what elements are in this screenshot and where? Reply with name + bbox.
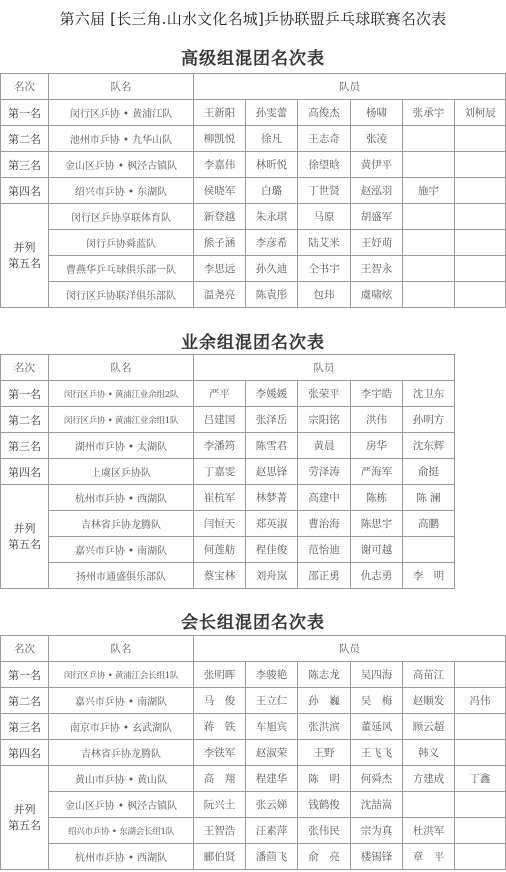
player-cell: 李骏艳	[246, 662, 298, 688]
player-cell: 高苗江	[403, 662, 455, 688]
player-cell	[455, 740, 506, 766]
player-cell: 曹治海	[298, 511, 351, 537]
player-cell: 张伟民	[298, 818, 351, 844]
player-cell: 张洪滨	[298, 714, 351, 740]
player-cell	[403, 537, 455, 563]
player-cell: 赵顺发	[403, 688, 455, 714]
player-cell: 虞啸炫	[351, 282, 403, 308]
team-cell: 闵行区乒协 • 黄浦江队	[49, 100, 194, 126]
player-cell	[403, 204, 455, 230]
rank-cell: 第一名	[1, 381, 49, 407]
player-cell: 丁世贤	[298, 178, 351, 204]
table-header-row: 名次 队名 队员	[1, 74, 506, 100]
table-row: 第三名 金山区乒协 • 枫泾古镇队 李嘉伟 林昕悦 徐望晗 黄伊平	[1, 152, 506, 178]
player-cell: 黄伊平	[351, 152, 403, 178]
player-cell: 王志奇	[298, 126, 351, 152]
player-cell: 陆艾米	[298, 230, 351, 256]
senior-ranking-table: 名次 队名 队员 第一名 闵行区乒协 • 黄浦江队 王新阳 孙雯蕾 高俊杰 杨啸…	[0, 73, 506, 308]
player-cell: 陈雪君	[246, 433, 298, 459]
player-cell: 程佳俊	[246, 537, 298, 563]
player-cell	[455, 662, 506, 688]
team-cell: 闵行区乒协 • 黄浦江业余组1队	[49, 407, 194, 433]
player-cell: 王新阳	[194, 100, 246, 126]
player-cell: 温尧亮	[194, 282, 246, 308]
player-cell: 房华	[351, 433, 403, 459]
tie-label-line2: 第五名	[1, 818, 48, 834]
player-cell: 杜洪军	[403, 818, 455, 844]
tied-fifth-rank-cell: 并列 第五名	[1, 204, 49, 308]
player-cell: 白璐	[246, 178, 298, 204]
player-cell: 徐望晗	[298, 152, 351, 178]
player-cell: 王智永	[351, 256, 403, 282]
team-cell: 闵行乒协舜蓝队	[49, 230, 194, 256]
player-cell	[403, 256, 455, 282]
player-cell	[403, 152, 455, 178]
rank-header: 名次	[1, 636, 49, 662]
team-cell: 杭州市乒协 • 西湖队	[49, 844, 194, 870]
player-cell: 冯伟	[455, 688, 506, 714]
table-row: 第四名 绍兴市乒协 • 东湖队 侯晓军 白璐 丁世贤 赵泓羽 施宇	[1, 178, 506, 204]
tie-label-line1: 并列	[1, 802, 48, 818]
player-cell: 章 平	[403, 844, 455, 870]
player-cell: 黄晨	[298, 433, 351, 459]
player-cell: 沈喆嵩	[351, 792, 403, 818]
table-row: 曹燕华乒乓球俱乐部一队 李思远 孙久迪 仝书宇 王智永	[1, 256, 506, 282]
table-row: 并列 第五名 黄山市乒协 • 黄山队 高 翔 程建华 陈 明 何舜杰 方建成 丁…	[1, 766, 506, 792]
table-row: 并列 第五名 闵行区乒协享联体育队 新登越 朱永琪 马原 胡盛军	[1, 204, 506, 230]
team-cell: 曹燕华乒乓球俱乐部一队	[49, 256, 194, 282]
table-row: 第二名 嘉兴市乒协 • 南湖队 马 俊 王立仁 孙 巍 吴 梅 赵顺发 冯伟	[1, 688, 506, 714]
player-cell: 胡盛军	[351, 204, 403, 230]
tied-fifth-rank-cell: 并列 第五名	[1, 766, 49, 870]
player-cell: 车旭宾	[246, 714, 298, 740]
player-cell: 马原	[298, 204, 351, 230]
player-cell: 孙久迪	[246, 256, 298, 282]
table-row: 闵行区乒协联洋俱乐部队 温尧亮 陈袁彤 包玮 虞啸炫	[1, 282, 506, 308]
amateur-section-title: 业余组混团名次表	[0, 328, 506, 353]
team-cell: 嘉兴市乒协 • 南湖队	[49, 688, 194, 714]
team-cell: 闵行区乒协 • 黄浦江会长组1队	[49, 662, 194, 688]
team-cell: 黄山市乒协 • 黄山队	[49, 766, 194, 792]
player-cell: 赵思锋	[246, 459, 298, 485]
player-cell: 王立仁	[246, 688, 298, 714]
player-cell: 高 翔	[194, 766, 246, 792]
player-cell: 汪素萍	[246, 818, 298, 844]
player-cell: 沈卫东	[403, 381, 455, 407]
player-cell: 高俊杰	[298, 100, 351, 126]
president-section-title: 会长组混团名次表	[0, 608, 506, 633]
tie-label-line2: 第五名	[1, 537, 48, 553]
player-cell: 谢可越	[351, 537, 403, 563]
player-cell: 闫恒天	[194, 511, 246, 537]
team-cell: 南京市乒协 • 玄武湖队	[49, 714, 194, 740]
player-cell: 仝书宇	[298, 256, 351, 282]
player-cell: 陈 澜	[403, 485, 455, 511]
player-cell	[455, 844, 506, 870]
player-cell: 蒋 铁	[194, 714, 246, 740]
table-row: 并列 第五名 杭州市乒协 • 西湖队 崔杭军 林梦菁 高建中 陈栋 陈 澜	[1, 485, 455, 511]
rank-cell: 第二名	[1, 407, 49, 433]
player-cell: 张云娣	[246, 792, 298, 818]
player-cell: 潘茴飞	[246, 844, 298, 870]
player-cell: 仇志勇	[351, 563, 403, 589]
player-cell: 沈东辉	[403, 433, 455, 459]
tie-label-line1: 并列	[1, 521, 48, 537]
player-cell: 陈志龙	[298, 662, 351, 688]
player-cell: 马 俊	[194, 688, 246, 714]
player-cell: 范怡迪	[298, 537, 351, 563]
team-cell: 杭州市乒协 • 西湖队	[49, 485, 194, 511]
player-cell	[403, 792, 455, 818]
players-header: 队员	[194, 74, 506, 100]
player-cell: 孙明方	[403, 407, 455, 433]
player-cell: 李嘉伟	[194, 152, 246, 178]
player-cell: 俞挺	[403, 459, 455, 485]
table-row: 第三名 湖州市乒协 • 太湖队 李潘筠 陈雪君 黄晨 房华 沈东辉	[1, 433, 455, 459]
rank-cell: 第四名	[1, 459, 49, 485]
player-cell: 李潘筠	[194, 433, 246, 459]
player-cell: 赵泓羽	[351, 178, 403, 204]
table-row: 吉林省乒协龙腾队 闫恒天 郑英淑 曹治海 陈思宇 高鹏	[1, 511, 455, 537]
player-cell: 王野	[298, 740, 351, 766]
player-cell: 丁嘉雯	[194, 459, 246, 485]
player-cell: 陈袁彤	[246, 282, 298, 308]
table-row: 第二名 池州市乒协 • 九华山队 柳凯悦 徐凡 王志奇 张凌	[1, 126, 506, 152]
player-cell: 崔杭军	[194, 485, 246, 511]
player-cell: 陈思宇	[351, 511, 403, 537]
player-cell: 徐凡	[246, 126, 298, 152]
player-cell: 严海军	[351, 459, 403, 485]
rank-header: 名次	[1, 355, 49, 381]
player-cell: 何舜杰	[351, 766, 403, 792]
table-row: 第四名 上虞区乒协队 丁嘉雯 赵思锋 劳泽涛 严海军 俞挺	[1, 459, 455, 485]
amateur-ranking-table: 名次 队名 队员 第一名 闵行区乒协 • 黄浦江业余组2队 严平 李媛媛 张荣平…	[0, 354, 455, 589]
player-cell: 孙雯蕾	[246, 100, 298, 126]
player-cell: 柳凯悦	[194, 126, 246, 152]
player-cell: 李彦希	[246, 230, 298, 256]
player-cell: 李 明	[403, 563, 455, 589]
player-cell: 李媛媛	[246, 381, 298, 407]
team-cell: 扬州市通盛俱乐部队	[49, 563, 194, 589]
rank-header: 名次	[1, 74, 49, 100]
rank-cell: 第二名	[1, 126, 49, 152]
players-header: 队员	[194, 636, 506, 662]
team-cell: 池州市乒协 • 九华山队	[49, 126, 194, 152]
senior-section-title: 高级组混团名次表	[0, 44, 506, 69]
team-cell: 嘉兴市乒协 • 南湖队	[49, 537, 194, 563]
player-cell	[455, 230, 506, 256]
player-cell: 杨啸	[351, 100, 403, 126]
player-cell: 吴 梅	[351, 688, 403, 714]
player-cell	[455, 178, 506, 204]
player-cell: 俞 亮	[298, 844, 351, 870]
player-cell: 陈栋	[351, 485, 403, 511]
team-header: 队名	[49, 74, 194, 100]
player-cell: 王飞飞	[351, 740, 403, 766]
player-cell: 侯晓军	[194, 178, 246, 204]
player-cell: 严平	[194, 381, 246, 407]
table-row: 绍兴市乒协 • 东湖会长组1队 王智浩 汪素萍 张伟民 宗为真 杜洪军	[1, 818, 506, 844]
player-cell: 丁鑫	[455, 766, 506, 792]
team-cell: 闵行区乒协联洋俱乐部队	[49, 282, 194, 308]
team-cell: 吉林省乒协龙腾队	[49, 511, 194, 537]
rank-cell: 第四名	[1, 178, 49, 204]
player-cell: 宗阳铭	[298, 407, 351, 433]
team-cell: 金山区乒协 • 枫泾古镇队	[49, 152, 194, 178]
player-cell: 王智浩	[194, 818, 246, 844]
player-cell: 熊子涵	[194, 230, 246, 256]
player-cell: 蔡宝林	[194, 563, 246, 589]
table-row: 第三名 南京市乒协 • 玄武湖队 蒋 铁 车旭宾 张洪滨 董延风 顾云超	[1, 714, 506, 740]
player-cell	[455, 792, 506, 818]
rank-cell: 第四名	[1, 740, 49, 766]
rank-cell: 第一名	[1, 100, 49, 126]
table-row: 杭州市乒协 • 西湖队 郦伯贤 潘茴飞 俞 亮 楼锡锋 章 平	[1, 844, 506, 870]
player-cell: 高建中	[298, 485, 351, 511]
player-cell	[455, 282, 506, 308]
player-cell: 程建华	[246, 766, 298, 792]
player-cell	[455, 256, 506, 282]
player-cell: 陈 明	[298, 766, 351, 792]
player-cell	[455, 818, 506, 844]
table-row: 第二名 闵行区乒协 • 黄浦江业余组1队 吕建国 张泽岳 宗阳铭 洪伟 孙明方	[1, 407, 455, 433]
player-cell: 劳泽涛	[298, 459, 351, 485]
table-row: 第一名 闵行区乒协 • 黄浦江会长组1队 张明晖 李骏艳 陈志龙 吴四海 高苗江	[1, 662, 506, 688]
team-cell: 绍兴市乒协 • 东湖队	[49, 178, 194, 204]
rank-cell: 第二名	[1, 688, 49, 714]
team-cell: 闵行区乒协享联体育队	[49, 204, 194, 230]
table-row: 金山区乒协 • 枫泾古镇队 阮兴土 张云娣 钱鹤俊 沈喆嵩	[1, 792, 506, 818]
players-header: 队员	[194, 355, 455, 381]
player-cell: 宗为真	[351, 818, 403, 844]
player-cell: 张承宇	[403, 100, 455, 126]
player-cell	[455, 152, 506, 178]
player-cell: 张凌	[351, 126, 403, 152]
player-cell: 吕建国	[194, 407, 246, 433]
player-cell	[403, 230, 455, 256]
team-cell: 吉林省乒协龙腾队	[49, 740, 194, 766]
player-cell: 吴四海	[351, 662, 403, 688]
team-cell: 绍兴市乒协 • 东湖会长组1队	[49, 818, 194, 844]
table-row: 嘉兴市乒协 • 南湖队 何莲舫 程佳俊 范怡迪 谢可越	[1, 537, 455, 563]
player-cell: 高鹏	[403, 511, 455, 537]
rank-cell: 第一名	[1, 662, 49, 688]
document-title: 第六届 [长三角.山水文化名城]乒协联盟乒乓球联赛名次表	[0, 8, 506, 29]
player-cell: 赵淑荣	[246, 740, 298, 766]
tied-fifth-rank-cell: 并列 第五名	[1, 485, 49, 589]
player-cell: 李宇皓	[351, 381, 403, 407]
player-cell: 包玮	[298, 282, 351, 308]
tie-label-line2: 第五名	[1, 256, 48, 272]
player-cell: 王妤萌	[351, 230, 403, 256]
team-cell: 湖州市乒协 • 太湖队	[49, 433, 194, 459]
player-cell: 朱永琪	[246, 204, 298, 230]
player-cell: 刘舟岚	[246, 563, 298, 589]
table-row: 第一名 闵行区乒协 • 黄浦江业余组2队 严平 李媛媛 张荣平 李宇皓 沈卫东	[1, 381, 455, 407]
team-header: 队名	[49, 636, 194, 662]
player-cell: 方建成	[403, 766, 455, 792]
player-cell: 林昕悦	[246, 152, 298, 178]
player-cell: 郦伯贤	[194, 844, 246, 870]
player-cell: 楼锡锋	[351, 844, 403, 870]
player-cell: 阮兴土	[194, 792, 246, 818]
player-cell: 施宇	[403, 178, 455, 204]
player-cell: 洪伟	[351, 407, 403, 433]
team-cell: 闵行区乒协 • 黄浦江业余组2队	[49, 381, 194, 407]
rank-cell: 第三名	[1, 714, 49, 740]
player-cell	[403, 282, 455, 308]
table-header-row: 名次 队名 队员	[1, 636, 506, 662]
player-cell: 刘柯辰	[455, 100, 506, 126]
table-row: 第四名 吉林省乒协龙腾队 李铁军 赵淑荣 王野 王飞飞 韩义	[1, 740, 506, 766]
tie-label-line1: 并列	[1, 240, 48, 256]
rank-cell: 第三名	[1, 433, 49, 459]
player-cell: 新登越	[194, 204, 246, 230]
player-cell: 董延风	[351, 714, 403, 740]
player-cell: 孙 巍	[298, 688, 351, 714]
player-cell	[455, 714, 506, 740]
table-row: 扬州市通盛俱乐部队 蔡宝林 刘舟岚 邵正勇 仇志勇 李 明	[1, 563, 455, 589]
player-cell: 钱鹤俊	[298, 792, 351, 818]
player-cell: 邵正勇	[298, 563, 351, 589]
player-cell: 林梦菁	[246, 485, 298, 511]
player-cell: 张泽岳	[246, 407, 298, 433]
player-cell	[403, 126, 455, 152]
player-cell: 张明晖	[194, 662, 246, 688]
player-cell: 李思远	[194, 256, 246, 282]
team-header: 队名	[49, 355, 194, 381]
player-cell: 张荣平	[298, 381, 351, 407]
player-cell: 韩义	[403, 740, 455, 766]
rank-cell: 第三名	[1, 152, 49, 178]
player-cell	[455, 204, 506, 230]
table-row: 闵行乒协舜蓝队 熊子涵 李彦希 陆艾米 王妤萌	[1, 230, 506, 256]
player-cell: 李铁军	[194, 740, 246, 766]
player-cell: 何莲舫	[194, 537, 246, 563]
player-cell: 郑英淑	[246, 511, 298, 537]
player-cell: 顾云超	[403, 714, 455, 740]
player-cell	[455, 126, 506, 152]
team-cell: 金山区乒协 • 枫泾古镇队	[49, 792, 194, 818]
president-ranking-table: 名次 队名 队员 第一名 闵行区乒协 • 黄浦江会长组1队 张明晖 李骏艳 陈志…	[0, 635, 506, 870]
table-header-row: 名次 队名 队员	[1, 355, 455, 381]
team-cell: 上虞区乒协队	[49, 459, 194, 485]
table-row: 第一名 闵行区乒协 • 黄浦江队 王新阳 孙雯蕾 高俊杰 杨啸 张承宇 刘柯辰	[1, 100, 506, 126]
